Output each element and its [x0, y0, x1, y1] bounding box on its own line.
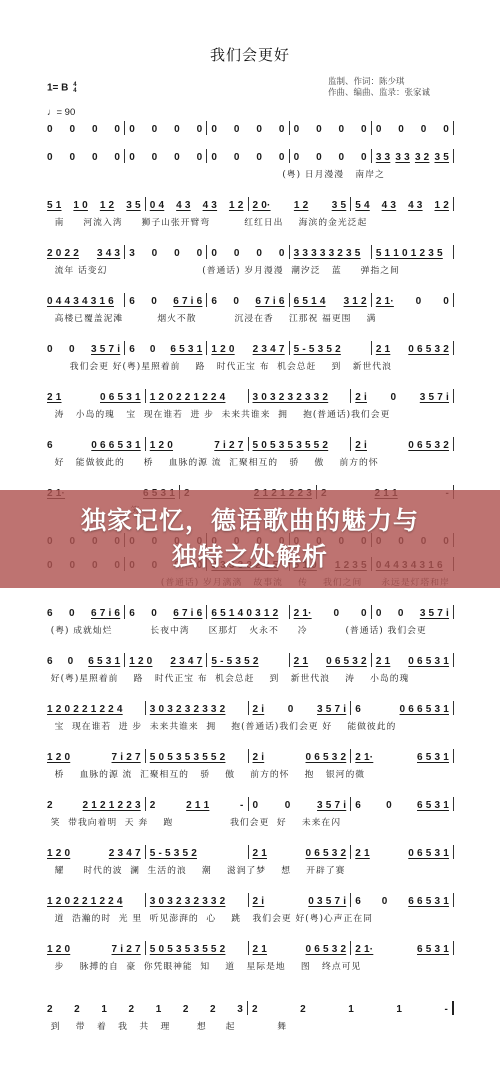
note-group: 5 0 5 3 5 3 5 5 2 — [150, 752, 226, 763]
note-group: 2 — [183, 1004, 189, 1015]
notation-line: 1 2 02 3 4 75 - 5 3 5 22 10 6 5 3 22 10 … — [47, 845, 454, 859]
measure: 5 1 1 0 1 2 3 5 — [372, 245, 454, 259]
note-group: 2 — [129, 1004, 135, 1015]
note-group: 0 — [211, 124, 217, 135]
note-group: 6 — [47, 440, 53, 451]
note-group: 3 5 7 i — [317, 704, 346, 715]
note-group: 3 5 — [126, 200, 141, 211]
note-group: 0 — [151, 296, 157, 307]
score-row: 2 10 6 5 3 11 2 0 2 2 1 2 2 43 0 3 2 3 2… — [47, 389, 454, 420]
note-group: 3 5 7 i — [91, 344, 120, 355]
note-group: 1 — [156, 1004, 162, 1015]
note-group: 0 — [294, 124, 300, 135]
measure: 2 10 6 5 3 2 — [249, 941, 352, 955]
notation-line: 5 11 01 23 50 44 34 31 22 0·1 23 55 44 3… — [47, 197, 454, 211]
note-group: 0 — [150, 344, 156, 355]
measure: 003 5 7 i — [249, 797, 352, 811]
notation-line: 1 2 0 2 2 1 2 2 43 0 3 2 3 2 3 3 22 i03 … — [47, 701, 454, 715]
note-group: 4 3 — [408, 200, 423, 211]
measure: 0 44 34 31 2 — [146, 197, 249, 211]
note-group: 0 — [69, 152, 75, 163]
lyrics-line: 好(粤)星照着前 路 时代正宝 布 机会总赶 到 新世代浪 涛 小岛的瑰 — [47, 671, 454, 684]
note-group: 3 4 3 — [97, 248, 120, 259]
measure: 22 1 1- — [146, 797, 249, 811]
key-label: 1= B — [47, 83, 68, 94]
measure: 003 5 7 i — [372, 605, 454, 619]
measure: 606 5 3 1 — [351, 797, 454, 811]
note-group: 0 — [152, 248, 158, 259]
note-group: 5 0 5 3 5 3 5 5 2 — [253, 440, 329, 451]
score-row: 2 0 2 23 4 3300000003 3 3 3 3 2 3 55 1 1… — [47, 245, 454, 276]
note-group: 5 - 5 3 5 2 — [211, 656, 258, 667]
measure: 5 - 5 3 5 2 — [146, 845, 249, 859]
credits-line-1: 监制、作词：陈少琪 — [328, 77, 430, 88]
notation-line: 00000000000000003 33 33 23 5 — [47, 149, 454, 163]
notation-line: 221212232211- — [47, 1001, 454, 1015]
notation-line: 003 5 7 i606 5 3 11 2 02 3 4 75 - 5 3 5 … — [47, 341, 454, 355]
measure: 6 5 1 4 0 3 1 2 — [207, 605, 289, 619]
notation-line: 606 5 3 11 2 02 3 4 75 - 5 3 5 22 10 6 5… — [47, 653, 454, 667]
note-group: 0 — [279, 152, 285, 163]
note-group: 0 — [386, 800, 392, 811]
note-group: 0 6 6 5 3 1 — [400, 704, 449, 715]
note-group: 6 5 3 1 — [417, 800, 449, 811]
note-group: 7 i 2 7 — [112, 944, 141, 955]
note-group: 0 — [316, 152, 322, 163]
note-group: 6 — [211, 296, 217, 307]
measure: 2211- — [248, 1001, 454, 1015]
lyrics-line: 好 能做彼此的 桥 血脉的源 流 汇聚相互的 骄 傲 前方的怀 — [47, 455, 454, 468]
measure: 60 6 6 5 3 1 — [351, 701, 454, 715]
note-group: 1 2 — [294, 200, 309, 211]
note-group: 6 7 i 6 — [173, 296, 202, 307]
note-group: 5 1 1 0 1 2 3 5 — [376, 248, 443, 259]
note-group: 0 — [256, 124, 262, 135]
note-group: 1 2 0 2 2 1 2 2 4 — [150, 392, 226, 403]
note-group: 3 0 3 2 3 2 3 3 2 — [150, 704, 226, 715]
measure: 2 0 2 23 4 3 — [47, 245, 125, 259]
note-group: 4 3 — [382, 200, 397, 211]
lyrics-line: 南 河流入湾 狮子山张开臂弯 红红日出 海滨的金光泛起 — [47, 215, 454, 228]
measure: 2 i03 5 7 i — [249, 701, 352, 715]
note-group: 1 0 — [73, 200, 88, 211]
measure: 60 6 6 5 3 1 — [47, 437, 146, 451]
notation-line: 0 4 4 3 4 3 1 6606 7 i 6606 7 i 66 5 1 4… — [47, 293, 454, 307]
score-row: 1 2 0 2 2 1 2 2 43 0 3 2 3 2 3 3 22 i03 … — [47, 701, 454, 732]
measure: 0000 — [290, 121, 372, 135]
note-group: 0 — [197, 152, 203, 163]
note-group: 2 — [300, 1004, 306, 1015]
note-group: 6 6 5 3 1 — [408, 896, 449, 907]
measure: 1 2 0 2 2 1 2 2 4 — [47, 701, 146, 715]
measure: 2 10 6 5 3 1 — [372, 653, 454, 667]
note-group: 0 6 5 3 2 — [326, 656, 367, 667]
note-group: 0 — [69, 344, 75, 355]
note-group: 0 — [421, 124, 427, 135]
note-group: 0 — [316, 124, 322, 135]
measure: 0000 — [207, 149, 289, 163]
note-group: 0 6 5 3 1 — [408, 656, 449, 667]
note-group: 5 - 5 3 5 2 — [294, 344, 341, 355]
note-group: 0 — [256, 248, 262, 259]
note-group: 3 3 3 3 3 2 3 5 — [294, 248, 361, 259]
note-group: 0 — [197, 124, 203, 135]
lyrics-line: 耀 时代的波 澜 生活的浪 潮 滋润了梦 想 开辟了赛 — [47, 863, 454, 876]
note-group: 2 — [74, 1004, 80, 1015]
lyrics-line: 步 脉搏的自 豪 你凭眼神能 知 道 星际是地 图 终点可见 — [47, 959, 454, 972]
note-group: 2 3 4 7 — [109, 848, 141, 859]
note-group: 2 i — [355, 440, 367, 451]
note-group: 0 4 4 3 4 3 1 6 — [47, 296, 114, 307]
note-group: 2 — [150, 800, 156, 811]
note-group: 2 1· — [376, 296, 394, 307]
note-group: 5 - 5 3 5 2 — [150, 848, 197, 859]
measure: 2 0·1 23 5 — [249, 197, 352, 211]
measure: 22121223 — [47, 1001, 248, 1015]
lyrics-line: 宝 现在谁若 进 步 未来共谁来 拥 抱(普通话)我们会更 好 能做彼此的 — [47, 719, 454, 732]
note-group: 0 — [382, 896, 388, 907]
note-group: 3 5 — [435, 152, 450, 163]
measure: 1 2 07 i 2 7 — [47, 749, 146, 763]
measure: 5 - 5 3 5 2 — [207, 653, 289, 667]
note-group: 2 — [210, 1004, 216, 1015]
note-group: 0 — [114, 124, 120, 135]
note-group: 0 — [151, 608, 157, 619]
measure: 1 2 07 i 2 7 — [47, 941, 146, 955]
note-group: 7 i 2 7 — [214, 440, 243, 451]
time-signature-bottom: 4 — [73, 88, 76, 94]
note-group: 3 5 — [332, 200, 347, 211]
note-group: 6 5 3 1 — [417, 752, 449, 763]
measure: 5 44 34 31 2 — [351, 197, 454, 211]
notation-line: 1 2 07 i 2 75 0 5 3 5 3 5 5 22 i0 6 5 3 … — [47, 749, 454, 763]
note-group: 0 — [152, 124, 158, 135]
notation-line: 00000000000000000000 — [47, 121, 454, 135]
note-group: 0 — [174, 248, 180, 259]
measure: 2 1·00 — [290, 605, 372, 619]
note-group: 1 2 0 — [150, 440, 173, 451]
measure: 3000 — [125, 245, 207, 259]
note-group: 0 3 5 7 i — [308, 896, 346, 907]
measure: 2 i0 6 5 3 2 — [351, 437, 454, 451]
note-group: 6 7 i 6 — [91, 608, 120, 619]
note-group: 4 3 — [176, 200, 191, 211]
note-group: 3 — [237, 1004, 243, 1015]
note-group: 2 1 — [355, 848, 370, 859]
note-group: 0 — [92, 152, 98, 163]
measure: 2 10 6 5 3 1 — [47, 389, 146, 403]
note-group: 6 — [355, 800, 361, 811]
measure: 1 2 0 2 2 1 2 2 4 — [146, 389, 249, 403]
score-row: 606 7 i 6606 7 i 66 5 1 4 0 3 1 22 1·000… — [47, 605, 454, 636]
note-group: 6 5 3 1 — [170, 344, 202, 355]
note-group: 0 — [376, 608, 382, 619]
note-group: 6 7 i 6 — [255, 296, 284, 307]
banner-line-2: 独特之处解析 — [172, 539, 328, 575]
note-group: 1 2 0 — [47, 944, 70, 955]
score-row: 00000000000000003 33 33 23 5 (粤) 日月漫漫 南岸… — [47, 149, 454, 180]
measure: 2 i03 5 7 i — [351, 389, 454, 403]
lyrics-line: (粤) 日月漫漫 南岸之 — [47, 167, 454, 180]
measure: 1 2 02 3 4 7 — [207, 341, 289, 355]
measure: 2 10 6 5 3 2 — [372, 341, 454, 355]
note-group: 1 2 — [100, 200, 115, 211]
note-group: 2 1 2 1 2 2 3 — [83, 800, 141, 811]
note-group: - — [444, 1004, 448, 1015]
note-group: 0 — [416, 296, 422, 307]
measure: 1 2 07 i 2 7 — [146, 437, 249, 451]
measure: 606 7 i 6 — [47, 605, 125, 619]
note-group: 0 — [285, 800, 291, 811]
notation-line: 22 1 2 1 2 2 322 1 1-003 5 7 i606 5 3 1 — [47, 797, 454, 811]
measure: 2 1·6 5 3 1 — [351, 941, 454, 955]
note-group: 0 — [398, 124, 404, 135]
note-group: 0 6 5 3 2 — [306, 848, 347, 859]
note-group: 0 — [233, 296, 239, 307]
note-group: 1 2 0 2 2 1 2 2 4 — [47, 704, 123, 715]
measure: 3 3 3 3 3 2 3 5 — [290, 245, 372, 259]
measure: 606 6 5 3 1 — [351, 893, 454, 907]
score-row: 00000000000000000000 — [47, 121, 454, 135]
measure: 2 i0 3 5 7 i — [249, 893, 352, 907]
banner-text: 独家记忆，德语歌曲的魅力与 独特之处解析 — [0, 490, 500, 588]
note-group: 6 — [129, 296, 135, 307]
note-group: 1 2 — [229, 200, 244, 211]
note-group: 2 i — [253, 896, 265, 907]
note-group: 0 4 — [150, 200, 165, 211]
note-group: - — [240, 800, 244, 811]
note-group: 0 6 5 3 2 — [408, 344, 449, 355]
measure: 0 4 4 3 4 3 1 6 — [47, 293, 125, 307]
note-group: 2 1 — [253, 944, 268, 955]
note-group: 0 — [174, 152, 180, 163]
note-group: 2 — [47, 800, 53, 811]
note-group: 2 i — [253, 704, 265, 715]
note-group: 1 2 0 2 2 1 2 2 4 — [47, 896, 123, 907]
score-row: 1 2 02 3 4 75 - 5 3 5 22 10 6 5 3 22 10 … — [47, 845, 454, 876]
note-group: 0 — [234, 152, 240, 163]
note-group: 0 — [361, 608, 367, 619]
note-group: 0 6 6 5 3 1 — [91, 440, 140, 451]
note-group: 6 5 3 1 — [417, 944, 449, 955]
note-group: 0 — [256, 152, 262, 163]
note-group: 6 — [355, 896, 361, 907]
note-group: 2 — [47, 1004, 53, 1015]
lyrics-line: 高楼已覆盖泥滩 烟火不散 沉浸在香 江那祝 福更围 满 — [47, 311, 454, 324]
note-group: 2 i — [253, 752, 265, 763]
note-group: 0 6 5 3 1 — [408, 848, 449, 859]
lyrics-line: 涛 小岛的瑰 宝 现在谁若 进 步 未来共谁来 拥 抱(普通话)我们会更 — [47, 407, 454, 420]
lyrics-line: 道 浩瀚的时 光 里 听见澎湃的 心 跳 我们会更 好(粤)心声正在同 — [47, 911, 454, 924]
measure: 3 0 3 2 3 2 3 3 2 — [146, 893, 249, 907]
note-group: 0 — [288, 704, 294, 715]
measure: 606 5 3 1 — [47, 653, 125, 667]
note-group: 6 5 1 4 — [294, 296, 326, 307]
measure: 2 1·6 5 3 1 — [351, 749, 454, 763]
notation-line: 1 2 0 2 2 1 2 2 43 0 3 2 3 2 3 3 22 i0 3… — [47, 893, 454, 907]
score-row: 1 2 07 i 2 75 0 5 3 5 3 5 5 22 10 6 5 3 … — [47, 941, 454, 972]
note-group: 0 — [339, 124, 345, 135]
note-group: 0 — [69, 124, 75, 135]
score-row: 22 1 2 1 2 2 322 1 1-003 5 7 i606 5 3 1 … — [47, 797, 454, 828]
measure: 6 5 1 43 1 2 — [290, 293, 372, 307]
note-group: 1 2 — [434, 200, 449, 211]
note-group: 6 — [47, 608, 53, 619]
note-group: 2 1 — [376, 656, 391, 667]
note-group: 1 2 0 — [47, 752, 70, 763]
notation-line: 60 6 6 5 3 11 2 07 i 2 75 0 5 3 5 3 5 5 … — [47, 437, 454, 451]
note-group: 2 1· — [355, 752, 373, 763]
measure: 5 0 5 3 5 3 5 5 2 — [146, 749, 249, 763]
note-group: 0 — [152, 152, 158, 163]
note-group: 0 — [129, 152, 135, 163]
note-group: 0 — [443, 124, 449, 135]
note-group: 0 — [92, 124, 98, 135]
credits-line-2: 作曲、编曲、监录：张家诚 — [328, 88, 430, 99]
banner-line-1: 独家记忆，德语歌曲的魅力与 — [81, 503, 419, 539]
note-group: 6 — [129, 344, 135, 355]
score-row: 606 5 3 11 2 02 3 4 75 - 5 3 5 22 10 6 5… — [47, 653, 454, 684]
measure: 2 i0 6 5 3 2 — [249, 749, 352, 763]
measure: 5 11 01 23 5 — [47, 197, 146, 211]
note-group: 3 — [129, 248, 135, 259]
note-group: 0 — [197, 248, 203, 259]
note-group: 0 — [69, 608, 75, 619]
note-group: 2 1· — [294, 608, 312, 619]
note-group: 3 2 — [415, 152, 430, 163]
note-group: 0 6 5 3 1 — [100, 392, 141, 403]
measure: 606 7 i 6 — [125, 293, 207, 307]
note-group: 2 1 — [294, 656, 309, 667]
score-row: 221212232211- 到 带 着 我 共 理 想 起 舞 — [47, 1001, 454, 1032]
note-group: 1 2 0 — [129, 656, 152, 667]
measure: 2 10 6 5 3 2 — [249, 845, 352, 859]
notation-line: 2 0 2 23 4 3300000003 3 3 3 3 2 3 55 1 1… — [47, 245, 454, 259]
note-group: 0 — [234, 124, 240, 135]
note-group: 0 — [443, 296, 449, 307]
note-group: 2 1 — [376, 344, 391, 355]
note-group: 0 — [376, 124, 382, 135]
note-group: 0 — [114, 152, 120, 163]
title-banner: 独家记忆，德语歌曲的魅力与 独特之处解析 — [0, 490, 500, 588]
note-group: 5 1 — [47, 200, 62, 211]
note-group: 3 1 2 — [344, 296, 367, 307]
score-row: 60 6 6 5 3 11 2 07 i 2 75 0 5 3 5 3 5 5 … — [47, 437, 454, 468]
measure: 1 2 0 2 2 1 2 2 4 — [47, 893, 146, 907]
note-group: 1 — [101, 1004, 107, 1015]
note-group: 3 5 7 i — [420, 392, 449, 403]
note-group: 0 — [333, 608, 339, 619]
measure: 1 2 02 3 4 7 — [125, 653, 207, 667]
notation-line: 606 7 i 6606 7 i 66 5 1 4 0 3 1 22 1·000… — [47, 605, 454, 619]
note-group: 6 — [355, 704, 361, 715]
note-group: 2 1· — [355, 944, 373, 955]
measure: 3 0 3 2 3 2 3 3 2 — [249, 389, 352, 403]
note-group: 2 3 4 7 — [253, 344, 285, 355]
note-group: 5 4 — [355, 200, 370, 211]
note-group: 7 i 2 7 — [112, 752, 141, 763]
lyrics-line: 流年 话变幻 (普通话) 岁月漫漫 潮汐泛 蓝 弹指之间 — [47, 263, 454, 276]
note-group: 0 — [129, 124, 135, 135]
score-row: 003 5 7 i606 5 3 11 2 02 3 4 75 - 5 3 5 … — [47, 341, 454, 372]
note-group: 0 — [174, 124, 180, 135]
measure: 606 7 i 6 — [125, 605, 207, 619]
note-group: 0 — [47, 344, 53, 355]
note-group: 0 — [68, 656, 74, 667]
note-group: 6 5 1 4 0 3 1 2 — [211, 608, 278, 619]
note-group: 6 5 3 1 — [88, 656, 120, 667]
note-group: 3 3 — [395, 152, 410, 163]
measure: 0000 — [207, 245, 289, 259]
note-group: 2 1 1 — [186, 800, 209, 811]
measure: 5 0 5 3 5 3 5 5 2 — [146, 941, 249, 955]
note-group: 0 — [279, 248, 285, 259]
note-group: 0 6 5 3 2 — [306, 752, 347, 763]
credits: 监制、作词：陈少琪 作曲、编曲、监录：张家诚 — [328, 77, 430, 99]
note-group: 1 — [348, 1004, 354, 1015]
note-group: 2 — [252, 1004, 258, 1015]
measure: 0000 — [290, 149, 372, 163]
score-row: 1 2 07 i 2 75 0 5 3 5 3 5 5 22 i0 6 5 3 … — [47, 749, 454, 780]
measure: 1 2 02 3 4 7 — [47, 845, 146, 859]
score-row: 1 2 0 2 2 1 2 2 43 0 3 2 3 2 3 3 22 i0 3… — [47, 893, 454, 924]
measure: 22 1 2 1 2 2 3 — [47, 797, 146, 811]
measure: 0000 — [47, 121, 125, 135]
score-row: 5 11 01 23 50 44 34 31 22 0·1 23 55 44 3… — [47, 197, 454, 228]
measure: 0000 — [125, 149, 207, 163]
note-group: 3 0 3 2 3 2 3 3 2 — [253, 392, 329, 403]
note-group: 1 2 0 — [211, 344, 234, 355]
note-group: 0 — [47, 152, 53, 163]
measure: 3 33 33 23 5 — [372, 149, 454, 163]
song-title: 我们会更好 — [0, 44, 500, 65]
note-group: 0 — [211, 248, 217, 259]
measure: 5 - 5 3 5 2 — [290, 341, 372, 355]
note-group: 3 5 7 i — [420, 608, 449, 619]
note-group: 0 — [279, 124, 285, 135]
note-group: 5 0 5 3 5 3 5 5 2 — [150, 944, 226, 955]
measure: 606 5 3 1 — [125, 341, 207, 355]
measure: 606 7 i 6 — [207, 293, 289, 307]
note-group: 6 — [129, 608, 135, 619]
note-group: 2 i — [355, 392, 367, 403]
lyrics-line: 我们会更 好(粤)星照着前 路 时代正宝 布 机会总赶 到 新世代浪 — [47, 359, 454, 372]
lyrics-line: 笑 带我向着明 天 奔 跑 我们会更 好 未来在闪 — [47, 815, 454, 828]
measure: 0000 — [47, 149, 125, 163]
measure: 2 10 6 5 3 1 — [351, 845, 454, 859]
note-group: 0 — [234, 248, 240, 259]
measure: 0000 — [372, 121, 454, 135]
note-group: 6 — [47, 656, 53, 667]
measure: 2 1·00 — [372, 293, 454, 307]
note-group: 0 — [339, 152, 345, 163]
note-group: 0 — [294, 152, 300, 163]
measure: 003 5 7 i — [47, 341, 125, 355]
measure: 2 10 6 5 3 2 — [290, 653, 372, 667]
note-group: 3 0 3 2 3 2 3 3 2 — [150, 896, 226, 907]
notation-line: 1 2 07 i 2 75 0 5 3 5 3 5 5 22 10 6 5 3 … — [47, 941, 454, 955]
lyrics-line: 到 带 着 我 共 理 想 起 舞 — [47, 1019, 454, 1032]
lyrics-line: 桥 血脉的源 流 汇聚相互的 骄 傲 前方的怀 抱 银河的微 — [47, 767, 454, 780]
note-group: 0 — [361, 124, 367, 135]
note-group: 2 0 2 2 — [47, 248, 79, 259]
measure: 3 0 3 2 3 2 3 3 2 — [146, 701, 249, 715]
note-group: 0 — [47, 124, 53, 135]
time-signature: 4 4 — [73, 82, 76, 94]
lyrics-line: (粤) 成就灿烂 长夜中湾 区那灯 火永不 冷 (普通话) 我们会更 — [47, 623, 454, 636]
note-group: 0 6 5 3 2 — [408, 440, 449, 451]
note-group: 0 6 5 3 2 — [306, 944, 347, 955]
